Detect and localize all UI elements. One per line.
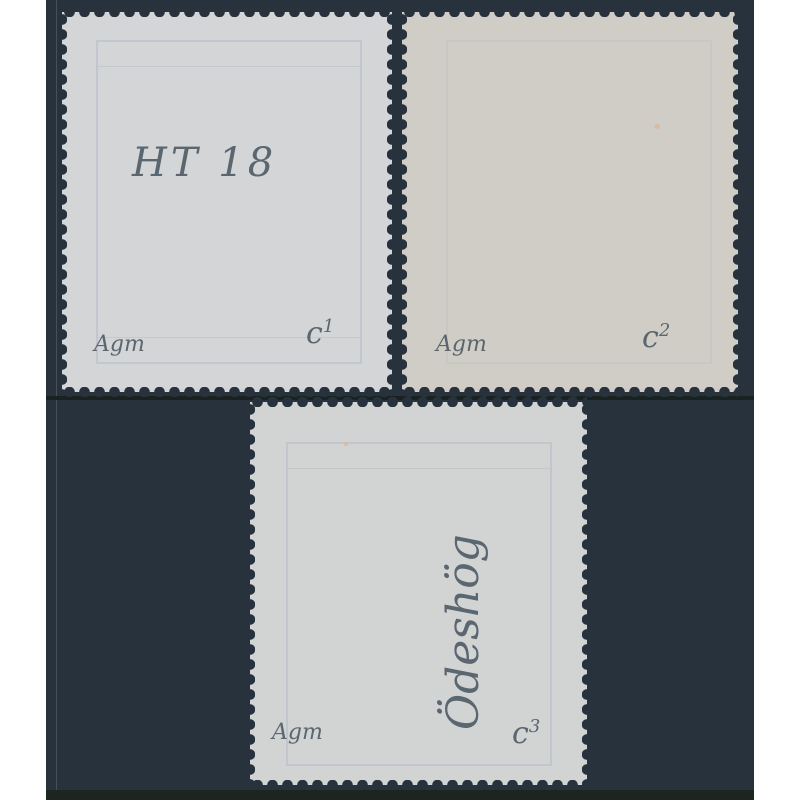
- type-mark: c3: [512, 716, 540, 751]
- stamp-back-1: HT 18 Agm c1: [62, 12, 392, 392]
- expert-signature: Agm: [436, 332, 487, 357]
- stockcard-strip-divider: [46, 396, 754, 400]
- expert-signature: Agm: [94, 332, 145, 357]
- type-mark-number: 2: [659, 320, 670, 341]
- pencil-note-main: HT 18: [132, 140, 277, 186]
- type-mark-letter: c: [642, 320, 659, 355]
- stamp-back-3: Ödeshög Agm c3: [250, 402, 587, 785]
- type-mark-letter: c: [306, 316, 323, 351]
- stockcard-strip-bottom: [46, 790, 754, 800]
- design-top-band: [98, 42, 360, 67]
- type-mark: c1: [306, 316, 334, 351]
- design-top-band: [288, 444, 550, 469]
- paper-speck: [654, 124, 660, 129]
- expert-signature: Agm: [272, 720, 323, 745]
- pencil-note-town: Ödeshög: [438, 534, 489, 730]
- design-show-through: [446, 40, 712, 364]
- type-mark: c2: [642, 320, 670, 355]
- type-mark-letter: c: [512, 716, 529, 751]
- paper-speck: [344, 442, 348, 446]
- type-mark-number: 3: [529, 716, 540, 737]
- type-mark-number: 1: [323, 316, 334, 337]
- stamp-back-2: Agm c2: [402, 12, 738, 392]
